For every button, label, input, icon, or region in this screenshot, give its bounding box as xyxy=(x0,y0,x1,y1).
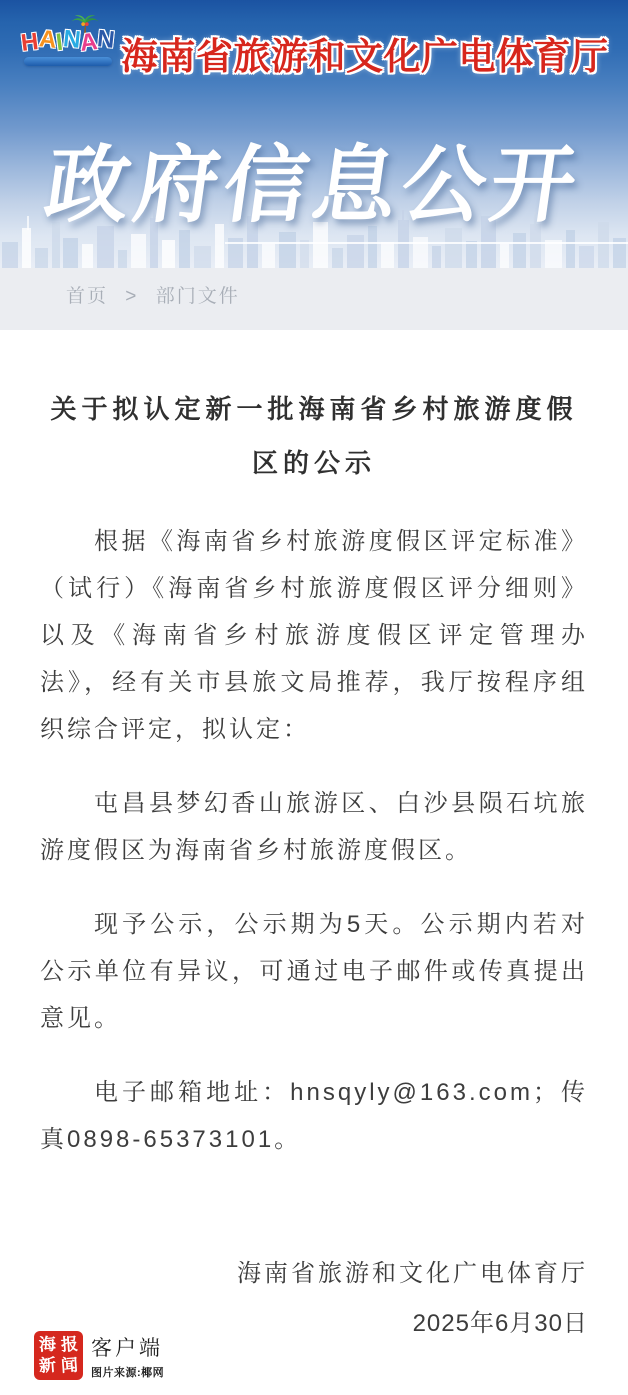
logo-char: 闻 xyxy=(60,1356,78,1377)
logo-wave-swoosh xyxy=(24,57,112,66)
paragraph-basis: 根据《海南省乡村旅游度假区评定标准》（试行）《海南省乡村旅游度假区评分细则》以及… xyxy=(40,518,588,753)
watermark-text: 客户端 图片来源:椰网 xyxy=(91,1331,164,1380)
banner: H A I N A N 海南省旅游和文化广电体育厅 xyxy=(0,0,628,268)
news-client-watermark: 海 报 新 闻 客户端 图片来源:椰网 xyxy=(34,1331,164,1380)
breadcrumb-home[interactable]: 首页 xyxy=(66,286,108,307)
banner-heading: 政府信息公开 xyxy=(0,118,628,239)
issuing-authority: 海南省旅游和文化广电体育厅 xyxy=(40,1249,588,1299)
department-title: 海南省旅游和文化广电体育厅 xyxy=(121,26,609,80)
logo-char: 报 xyxy=(60,1334,78,1355)
decorative-horizontal-line xyxy=(225,242,628,244)
logo-letter: N xyxy=(96,27,116,53)
breadcrumb-current: 部门文件 xyxy=(156,286,240,307)
breadcrumb-separator-icon: > xyxy=(125,286,138,307)
logo-letter: H xyxy=(20,30,40,56)
haibao-news-logo: 海 报 新 闻 xyxy=(34,1331,83,1380)
paragraph-designation: 屯昌县梦幻香山旅游区、白沙县陨石坑旅游度假区为海南省乡村旅游度假区。 xyxy=(40,780,588,874)
logo-char: 新 xyxy=(39,1356,57,1377)
paragraph-publicity-period: 现予公示，公示期为5天。公示期内若对公示单位有异议，可通过电子邮件或传真提出意见… xyxy=(40,901,588,1042)
image-source-credit: 图片来源:椰网 xyxy=(91,1364,164,1380)
hainan-tourism-logo: H A I N A N xyxy=(16,14,120,100)
document-title: 关于拟认定新一批海南省乡村旅游度假区的公示 xyxy=(40,382,588,490)
paragraph-contact: 电子邮箱地址：hnsqyly@163.com；传真0898-65373101。 xyxy=(40,1069,588,1163)
page: H A I N A N 海南省旅游和文化广电体育厅 xyxy=(0,0,628,1395)
banner-heading-text: 政府信息公开 xyxy=(38,118,589,239)
hainan-logo-letters: H A I N A N xyxy=(21,30,114,54)
article: 关于拟认定新一批海南省乡村旅游度假区的公示 根据《海南省乡村旅游度假区评定标准》… xyxy=(0,382,628,1349)
logo-char: 海 xyxy=(39,1334,57,1355)
client-label: 客户端 xyxy=(91,1338,164,1360)
breadcrumb: 首页 > 部门文件 xyxy=(0,268,628,330)
